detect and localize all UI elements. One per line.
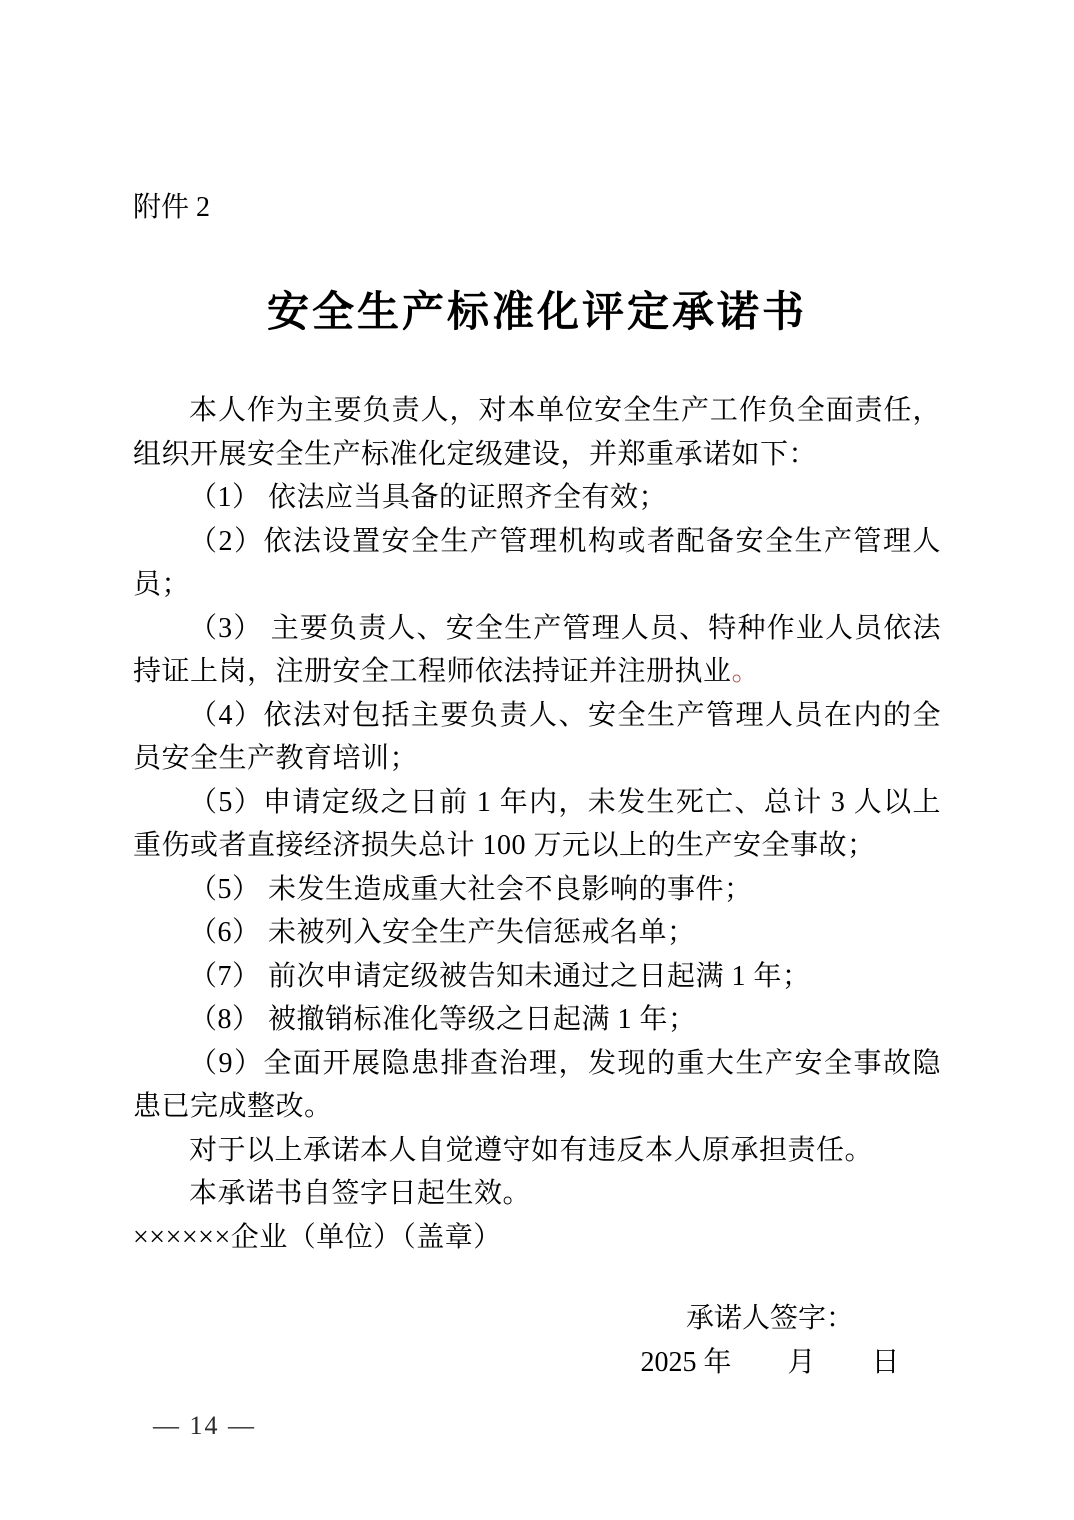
paragraph-item-7: （7） 前次申请定级被告知未通过之日起满 1 年； xyxy=(133,955,941,999)
paragraph-text: （7） 前次申请定级被告知未通过之日起满 1 年； xyxy=(189,961,811,992)
red-period: 。 xyxy=(732,656,761,687)
paragraph-text: 本人作为主要负责人，对本单位安全生产工作负全面责任，组织开展安全生产标准化定级建… xyxy=(133,395,941,470)
document-title: 安全生产标准化评定承诺书 xyxy=(133,289,941,337)
paragraph-intro: 本人作为主要负责人，对本单位安全生产工作负全面责任，组织开展安全生产标准化定级建… xyxy=(133,389,941,476)
paragraph-text: 对于以上承诺本人自觉遵守如有违反本人原承担责任。 xyxy=(189,1135,873,1166)
paragraph-text: （5）申请定级之日前 1 年内，未发生死亡、总计 3 人以上重伤或者直接经济损失… xyxy=(133,787,941,862)
paragraph-text: （2）依法设置安全生产管理机构或者配备安全生产管理人员； xyxy=(133,526,941,601)
paragraph-text: ××××××企业（单位）（盖章） xyxy=(133,1222,502,1253)
paragraph-item-2: （2）依法设置安全生产管理机构或者配备安全生产管理人员； xyxy=(133,520,941,607)
paragraph-text: （3） 主要负责人、安全生产管理人员、特种作业人员依法持证上岗，注册安全工程师依… xyxy=(133,613,941,688)
paragraph-text: （5） 未发生造成重大社会不良影响的事件； xyxy=(189,874,753,905)
paragraph-text: （1） 依法应当具备的证照齐全有效； xyxy=(189,482,667,513)
paragraph-text: （8） 被撤销标准化等级之日起满 1 年； xyxy=(189,1004,697,1035)
paragraph-item-4: （4）依法对包括主要负责人、安全生产管理人员在内的全员安全生产教育培训； xyxy=(133,694,941,781)
paragraph-item-1: （1） 依法应当具备的证照齐全有效； xyxy=(133,476,941,520)
page-number: — 14 — xyxy=(153,1406,941,1446)
paragraph-text: （4）依法对包括主要负责人、安全生产管理人员在内的全员安全生产教育培训； xyxy=(133,700,941,775)
signature-block: 承诺人签字： 2025 年 月 日 xyxy=(133,1297,941,1384)
paragraph-item-5b: （5） 未发生造成重大社会不良影响的事件； xyxy=(133,868,941,912)
paragraph-company-seal: ××××××企业（单位）（盖章） xyxy=(133,1216,941,1260)
paragraph-item-6: （6） 未被列入安全生产失信惩戒名单； xyxy=(133,911,941,955)
paragraph-item-3: （3） 主要负责人、安全生产管理人员、特种作业人员依法持证上岗，注册安全工程师依… xyxy=(133,607,941,694)
paragraph-closing-1: 对于以上承诺本人自觉遵守如有违反本人原承担责任。 xyxy=(133,1129,941,1173)
date-line: 2025 年 月 日 xyxy=(599,1341,941,1385)
signer-label: 承诺人签字： xyxy=(599,1297,941,1341)
paragraph-text: （6） 未被列入安全生产失信惩戒名单； xyxy=(189,917,696,948)
paragraph-item-9: （9）全面开展隐患排查治理，发现的重大生产安全事故隐患已完成整改。 xyxy=(133,1042,941,1129)
document-page: 附件 2 安全生产标准化评定承诺书 本人作为主要负责人，对本单位安全生产工作负全… xyxy=(0,0,1074,1520)
attachment-label: 附件 2 xyxy=(133,193,941,223)
paragraph-text: （9）全面开展隐患排查治理，发现的重大生产安全事故隐患已完成整改。 xyxy=(133,1048,941,1123)
paragraph-item-8: （8） 被撤销标准化等级之日起满 1 年； xyxy=(133,998,941,1042)
document-body: 本人作为主要负责人，对本单位安全生产工作负全面责任，组织开展安全生产标准化定级建… xyxy=(133,389,941,1259)
paragraph-closing-2: 本承诺书自签字日起生效。 xyxy=(133,1172,941,1216)
paragraph-text: 本承诺书自签字日起生效。 xyxy=(189,1178,531,1209)
paragraph-item-5: （5）申请定级之日前 1 年内，未发生死亡、总计 3 人以上重伤或者直接经济损失… xyxy=(133,781,941,868)
